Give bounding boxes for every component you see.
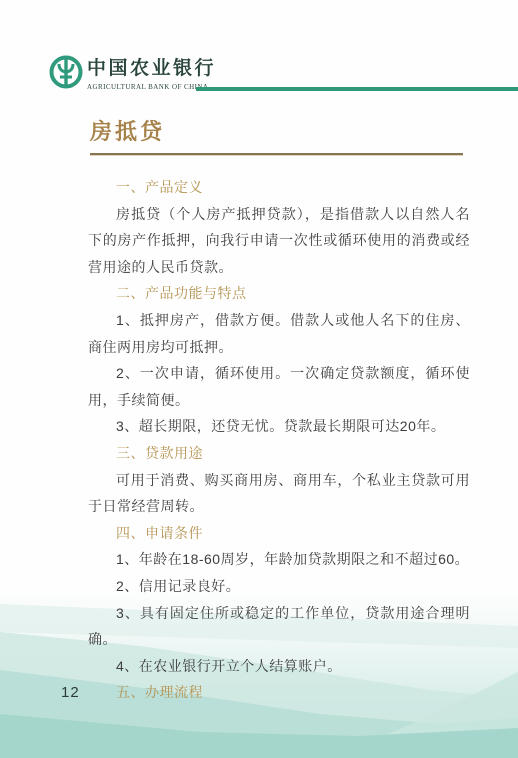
document-body: 一、产品定义 房抵贷（个人房产抵押贷款），是指借款人以自然人名下的房产作抵押，向… [88, 174, 470, 706]
section-heading: 一、产品定义 [88, 174, 470, 201]
section-paragraph: 2、一次申请，循环使用。一次确定贷款额度，循环使用，手续简便。 [88, 360, 470, 413]
abc-bank-logo-icon [48, 54, 84, 90]
section-paragraph: 1、年龄在18-60周岁，年龄加贷款期限之和不超过60。 [88, 546, 470, 573]
section-features: 二、产品功能与特点 1、抵押房产，借款方便。借款人或他人名下的住房、商住两用房均… [88, 280, 470, 440]
section-heading: 三、贷款用途 [88, 440, 470, 467]
section-loan-purpose: 三、贷款用途 可用于消费、购买商用房、商用车，个私业主贷款可用于日常经营周转。 [88, 440, 470, 520]
section-paragraph: 4、在农业银行开立个人结算账户。 [88, 653, 470, 680]
document-page: 中国农业银行 AGRICULTURAL BANK OF CHINA 房抵贷 一、… [0, 0, 518, 758]
title-underline [90, 153, 463, 155]
section-heading: 四、申请条件 [88, 520, 470, 547]
header-green-rule [196, 87, 518, 91]
section-paragraph: 2、信用记录良好。 [88, 573, 470, 600]
section-heading: 二、产品功能与特点 [88, 280, 470, 307]
section-process: 五、办理流程 [88, 679, 470, 706]
section-heading: 五、办理流程 [88, 679, 470, 706]
bank-name-chinese: 中国农业银行 [87, 57, 216, 81]
section-paragraph: 3、具有固定住所或稳定的工作单位，贷款用途合理明确。 [88, 600, 470, 653]
section-paragraph: 房抵贷（个人房产抵押贷款），是指借款人以自然人名下的房产作抵押，向我行申请一次性… [88, 201, 470, 281]
page-header: 中国农业银行 AGRICULTURAL BANK OF CHINA [0, 0, 518, 110]
section-application-conditions: 四、申请条件 1、年龄在18-60周岁，年龄加贷款期限之和不超过60。 2、信用… [88, 520, 470, 680]
section-paragraph: 3、超长期限，还贷无忧。贷款最长期限可达20年。 [88, 413, 470, 440]
section-paragraph: 可用于消费、购买商用房、商用车，个私业主贷款可用于日常经营周转。 [88, 467, 470, 520]
section-paragraph: 1、抵押房产，借款方便。借款人或他人名下的住房、商住两用房均可抵押。 [88, 307, 470, 360]
section-product-definition: 一、产品定义 房抵贷（个人房产抵押贷款），是指借款人以自然人名下的房产作抵押，向… [88, 174, 470, 280]
page-number: 12 [61, 684, 80, 701]
page-title: 房抵贷 [90, 117, 165, 147]
brand-block: 中国农业银行 AGRICULTURAL BANK OF CHINA [87, 57, 216, 91]
